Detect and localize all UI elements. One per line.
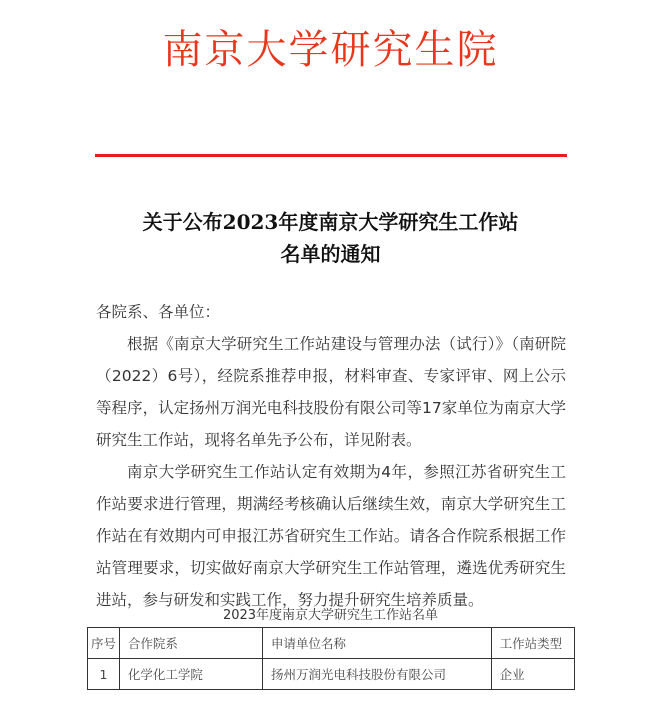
table-row: 1 化学化工学院 扬州万润光电科技股份有限公司 企业 <box>88 659 575 690</box>
salutation: 各院系、各单位： <box>96 296 566 328</box>
table-header-row: 序号 合作院系 申请单位名称 工作站类型 <box>88 628 575 659</box>
cell-station-type: 企业 <box>491 659 574 690</box>
cell-index: 1 <box>88 659 120 690</box>
header-applicant: 申请单位名称 <box>263 628 492 659</box>
workstation-table: 序号 合作院系 申请单位名称 工作站类型 1 化学化工学院 扬州万润光电科技股份… <box>87 627 575 690</box>
body-paragraph-2: 南京大学研究生工作站认定有效期为4年，参照江苏省研究生工作站要求进行管理，期满经… <box>96 456 566 616</box>
issuer-masthead: 南京大学研究生院 <box>0 26 661 74</box>
body-paragraph-1: 根据《南京大学研究生工作站建设与管理办法（试行）》（南研院（2022）6号），经… <box>96 328 566 456</box>
table-caption: 2023年度南京大学研究生工作站名单 <box>0 604 661 623</box>
red-divider-rule <box>95 154 567 157</box>
document-body: 各院系、各单位： 根据《南京大学研究生工作站建设与管理办法（试行）》（南研院（2… <box>96 296 566 616</box>
document-title-line-1: 关于公布2023年度南京大学研究生工作站 <box>0 206 661 238</box>
document-title-line-2: 名单的通知 <box>0 238 661 270</box>
document-title: 关于公布2023年度南京大学研究生工作站 名单的通知 <box>0 206 661 270</box>
header-station-type: 工作站类型 <box>491 628 574 659</box>
cell-department: 化学化工学院 <box>119 659 262 690</box>
header-index: 序号 <box>88 628 120 659</box>
header-department: 合作院系 <box>119 628 262 659</box>
cell-applicant: 扬州万润光电科技股份有限公司 <box>263 659 492 690</box>
